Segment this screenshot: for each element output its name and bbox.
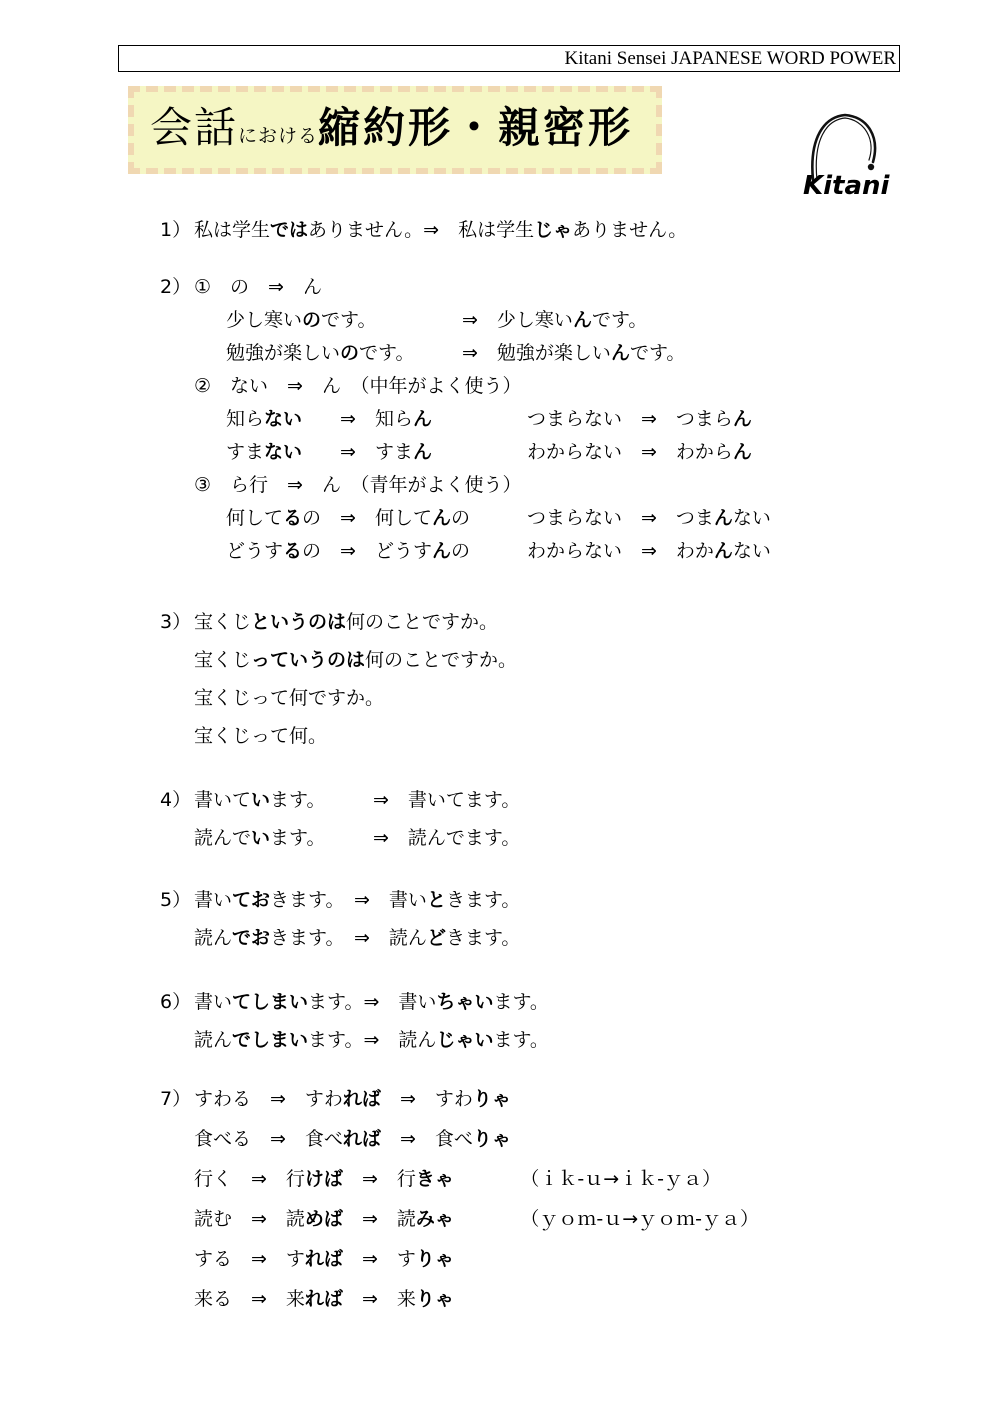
text-line: 食べる ⇒ 食べれば ⇒ 食べりゃ bbox=[194, 1119, 759, 1159]
text-run: ない bbox=[733, 507, 771, 529]
text-run: 読む ⇒ 読 bbox=[194, 1208, 305, 1230]
text-run-bold: の bbox=[302, 309, 321, 331]
text-run-bold: ない bbox=[264, 441, 302, 463]
text-run-bold: てお bbox=[232, 889, 270, 911]
logo-text: Kitani bbox=[803, 171, 891, 198]
text-line: 宝くじというのは何のことですか。 bbox=[194, 603, 517, 641]
text-line: 読んでしまいます。⇒ 読んじゃいます。 bbox=[194, 1021, 549, 1059]
section-5: 5）書いておきます。 ⇒ 書いときます。読んでおきます。 ⇒ 読んどきます。 bbox=[160, 881, 520, 957]
text-run: ⇒ すま bbox=[302, 441, 413, 463]
text-run: （ｉｋ-ｕ→ｉｋ-ｙａ） bbox=[454, 1168, 721, 1190]
text-run-bold: の bbox=[340, 342, 359, 364]
text-run: 宝くじ bbox=[194, 649, 251, 671]
text-run: 書い bbox=[194, 991, 232, 1013]
text-line: 読む ⇒ 読めば ⇒ 読みゃ （ｙｏｍ-ｕ→ｙｏｍ-ｙａ） bbox=[194, 1199, 759, 1239]
text-run-bold: と bbox=[427, 889, 446, 911]
section-number: 6） bbox=[160, 983, 194, 1059]
text-line: 書いています。 ⇒ 書いてます。 bbox=[194, 781, 520, 819]
text-run: です。 ⇒ 少し寒い bbox=[321, 309, 573, 331]
text-run: 行く ⇒ 行 bbox=[194, 1168, 305, 1190]
text-run: （ｙｏｍ-ｕ→ｙｏｍ-ｙａ） bbox=[454, 1208, 759, 1230]
text-run: ありません。 bbox=[572, 219, 687, 241]
text-run: です。 ⇒ 勉強が楽しい bbox=[359, 342, 611, 364]
text-run-bold: じゃい bbox=[436, 1029, 493, 1051]
section-2: 2）① の ⇒ ん少し寒いのです。 ⇒ 少し寒いんです。勉強が楽しいのです。 ⇒… bbox=[160, 271, 771, 568]
text-run: 何のことですか。 bbox=[346, 611, 498, 633]
text-run: ます。 ⇒ 読んでます。 bbox=[270, 827, 520, 849]
section-number: 3） bbox=[160, 603, 194, 755]
text-line: どうするの ⇒ どうすんの わからない ⇒ わかんない bbox=[226, 535, 771, 568]
text-run-bold: れば bbox=[343, 1088, 381, 1110]
header-title: Kitani Sensei JAPANESE WORD POWER bbox=[565, 48, 896, 70]
text-run: ⇒ 知ら bbox=[302, 408, 413, 430]
text-run-bold: でお bbox=[232, 927, 270, 949]
text-line: 行く ⇒ 行けば ⇒ 行きゃ （ｉｋ-ｕ→ｉｋ-ｙａ） bbox=[194, 1159, 759, 1199]
text-run: 書い bbox=[194, 889, 232, 911]
text-run: 宝くじって何。 bbox=[194, 725, 327, 747]
text-line: すまない ⇒ すまん わからない ⇒ わからん bbox=[226, 436, 771, 469]
title-left: 会話 bbox=[150, 92, 238, 166]
text-run-bold: でしまい bbox=[232, 1029, 308, 1051]
text-run-bold: る bbox=[283, 507, 302, 529]
text-run: ② ない ⇒ ん （中年がよく使う） bbox=[194, 375, 521, 397]
text-run: 書いて bbox=[194, 789, 251, 811]
text-run-bold: りゃ bbox=[473, 1128, 511, 1150]
section-1: 1）私は学生ではありません。⇒ 私は学生じゃありません。 bbox=[160, 215, 687, 245]
text-run: 何して bbox=[226, 507, 283, 529]
text-run: ① の ⇒ ん bbox=[194, 276, 322, 298]
kitani-logo: Kitani bbox=[798, 106, 902, 198]
text-run-bold: っていうのは bbox=[251, 649, 365, 671]
document-page: Kitani Sensei JAPANESE WORD POWER 会話 におけ… bbox=[0, 0, 992, 1403]
text-run: きます。 ⇒ 読ん bbox=[270, 927, 427, 949]
text-run: ます。 bbox=[493, 991, 548, 1013]
text-run-bold: では bbox=[270, 219, 308, 241]
text-run: つまらない ⇒ つまら bbox=[432, 408, 733, 430]
text-run: ます。⇒ 読ん bbox=[308, 1029, 436, 1051]
text-line: ① の ⇒ ん bbox=[194, 271, 771, 304]
text-line: 知らない ⇒ 知らん つまらない ⇒ つまらん bbox=[226, 403, 771, 436]
text-run-bold: けば bbox=[305, 1168, 343, 1190]
title-connector: における bbox=[238, 100, 318, 174]
text-run-bold: りゃ bbox=[416, 1288, 454, 1310]
text-line: 少し寒いのです。 ⇒ 少し寒いんです。 bbox=[226, 304, 771, 337]
text-run-bold: れば bbox=[305, 1248, 343, 1270]
text-run-bold: い bbox=[251, 789, 270, 811]
section-number: 5） bbox=[160, 881, 194, 957]
text-line: 読んでおきます。 ⇒ 読んどきます。 bbox=[194, 919, 520, 957]
text-line: する ⇒ すれば ⇒ すりゃ bbox=[194, 1239, 759, 1279]
text-run: 何のことですか。 bbox=[365, 649, 517, 671]
text-run-bold: ん bbox=[733, 408, 752, 430]
header-banner: Kitani Sensei JAPANESE WORD POWER bbox=[118, 45, 900, 72]
text-run: 知ら bbox=[226, 408, 264, 430]
text-line: 書いてしまいます。⇒ 書いちゃいます。 bbox=[194, 983, 549, 1021]
text-run: の わからない ⇒ わか bbox=[451, 540, 714, 562]
text-run-bold: ん bbox=[714, 507, 733, 529]
text-line: 宝くじっていうのは何のことですか。 bbox=[194, 641, 517, 679]
text-run-bold: る bbox=[283, 540, 302, 562]
text-run: 読ん bbox=[194, 1029, 232, 1051]
text-run-bold: てしまい bbox=[232, 991, 308, 1013]
text-run-bold: れば bbox=[343, 1128, 381, 1150]
text-line: 来る ⇒ 来れば ⇒ 来りゃ bbox=[194, 1279, 759, 1319]
title-banner: 会話 における 縮約形・親密形 bbox=[128, 86, 662, 174]
text-run: 読んで bbox=[194, 827, 251, 849]
text-run: です。 bbox=[592, 309, 647, 331]
text-run-bold: ない bbox=[264, 408, 302, 430]
text-run: ⇒ 読 bbox=[343, 1208, 416, 1230]
text-run: ⇒ 行 bbox=[343, 1168, 416, 1190]
text-run-bold: ん bbox=[714, 540, 733, 562]
text-run-bold: じゃ bbox=[534, 219, 572, 241]
text-run-bold: ん bbox=[432, 507, 451, 529]
text-line: 私は学生ではありません。⇒ 私は学生じゃありません。 bbox=[194, 215, 687, 245]
text-run: ない bbox=[733, 540, 771, 562]
text-line: 宝くじって何。 bbox=[194, 717, 517, 755]
text-run: 宝くじって何ですか。 bbox=[194, 687, 384, 709]
section-3: 3）宝くじというのは何のことですか。宝くじっていうのは何のことですか。宝くじって… bbox=[160, 603, 517, 755]
text-run: わからない ⇒ わから bbox=[432, 441, 733, 463]
text-run-bold: ん bbox=[611, 342, 630, 364]
text-run: どうす bbox=[226, 540, 283, 562]
text-run: すま bbox=[226, 441, 264, 463]
text-line: 何してるの ⇒ 何してんの つまらない ⇒ つまんない bbox=[226, 502, 771, 535]
section-number: 4） bbox=[160, 781, 194, 857]
text-line: 読んでいます。 ⇒ 読んでます。 bbox=[194, 819, 520, 857]
text-run: の ⇒ どうす bbox=[302, 540, 432, 562]
text-run: ⇒ 来 bbox=[343, 1288, 416, 1310]
text-run: きます。 bbox=[446, 889, 520, 911]
text-run-bold: めば bbox=[305, 1208, 343, 1230]
text-line: 勉強が楽しいのです。 ⇒ 勉強が楽しいんです。 bbox=[226, 337, 771, 370]
title-right: 縮約形・親密形 bbox=[318, 92, 633, 166]
section-number: 2） bbox=[160, 271, 194, 568]
section-4: 4）書いています。 ⇒ 書いてます。読んでいます。 ⇒ 読んでます。 bbox=[160, 781, 520, 857]
text-run-bold: ん bbox=[413, 441, 432, 463]
text-run-bold: りゃ bbox=[473, 1088, 511, 1110]
text-run: 食べる ⇒ 食べ bbox=[194, 1128, 343, 1150]
text-line: 書いておきます。 ⇒ 書いときます。 bbox=[194, 881, 520, 919]
text-run-bold: ん bbox=[733, 441, 752, 463]
section-6: 6）書いてしまいます。⇒ 書いちゃいます。読んでしまいます。⇒ 読んじゃいます。 bbox=[160, 983, 549, 1059]
text-run-bold: きゃ bbox=[416, 1168, 454, 1190]
text-run: です。 bbox=[630, 342, 685, 364]
text-line: すわる ⇒ すわれば ⇒ すわりゃ bbox=[194, 1079, 759, 1119]
text-line: ③ ら行 ⇒ ん （青年がよく使う） bbox=[194, 469, 771, 502]
text-run: する ⇒ す bbox=[194, 1248, 305, 1270]
text-run-bold: れば bbox=[305, 1288, 343, 1310]
text-run: ⇒ 食べ bbox=[381, 1128, 473, 1150]
text-run: ます。⇒ 書い bbox=[308, 991, 436, 1013]
text-run-bold: ど bbox=[427, 927, 446, 949]
text-run: ③ ら行 ⇒ ん （青年がよく使う） bbox=[194, 474, 521, 496]
text-run-bold: ん bbox=[413, 408, 432, 430]
text-run-bold: い bbox=[251, 827, 270, 849]
text-run: 私は学生 bbox=[194, 219, 270, 241]
text-run-bold: ん bbox=[573, 309, 592, 331]
text-run-bold: りゃ bbox=[416, 1248, 454, 1270]
text-run-bold: ん bbox=[432, 540, 451, 562]
text-run: きます。 ⇒ 書い bbox=[270, 889, 427, 911]
text-run-bold: ちゃい bbox=[436, 991, 493, 1013]
text-run: きます。 bbox=[446, 927, 520, 949]
text-run: 宝くじ bbox=[194, 611, 251, 633]
text-run: 勉強が楽しい bbox=[226, 342, 340, 364]
text-run: すわる ⇒ すわ bbox=[194, 1088, 343, 1110]
text-run-bold: みゃ bbox=[416, 1208, 454, 1230]
text-run: の ⇒ 何して bbox=[302, 507, 432, 529]
text-run: ます。 ⇒ 書いてます。 bbox=[270, 789, 520, 811]
text-line: ② ない ⇒ ん （中年がよく使う） bbox=[194, 370, 771, 403]
section-number: 1） bbox=[160, 215, 194, 245]
text-run: ⇒ す bbox=[343, 1248, 416, 1270]
text-run: の つまらない ⇒ つま bbox=[451, 507, 714, 529]
section-7: 7）すわる ⇒ すわれば ⇒ すわりゃ食べる ⇒ 食べれば ⇒ 食べりゃ行く ⇒… bbox=[160, 1079, 759, 1319]
arch-dot bbox=[868, 164, 874, 170]
text-run-bold: というのは bbox=[251, 611, 346, 633]
text-run: 少し寒い bbox=[226, 309, 302, 331]
text-run: ありません。⇒ 私は学生 bbox=[308, 219, 534, 241]
text-run: 読ん bbox=[194, 927, 232, 949]
text-run: 来る ⇒ 来 bbox=[194, 1288, 305, 1310]
section-number: 7） bbox=[160, 1079, 194, 1319]
text-line: 宝くじって何ですか。 bbox=[194, 679, 517, 717]
text-run: ます。 bbox=[493, 1029, 548, 1051]
text-run: ⇒ すわ bbox=[381, 1088, 473, 1110]
